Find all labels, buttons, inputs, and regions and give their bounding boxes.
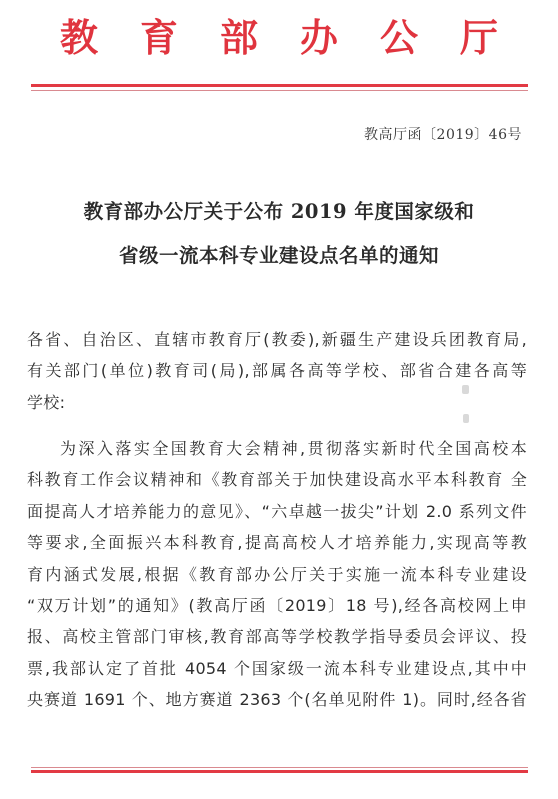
paragraph-line: 央赛道 1691 个、地方赛道 2363 个(名单见附件 1)。同时,经各省 <box>27 684 527 715</box>
paragraph-line: 等要求,全面振兴本科教育,提高高校人才培养能力,实现高等教 <box>27 527 527 558</box>
scan-speck <box>463 414 469 423</box>
paragraph-line: “双万计划”的通知》(教高厅函〔2019〕18 号),经各高校网上申 <box>27 590 527 621</box>
masthead-title: 教 育 部 办 公 厅 <box>39 14 519 62</box>
paragraph-line: 票,我部认定了首批 4054 个国家级一流本科专业建设点,其中中 <box>27 653 527 684</box>
scan-speck <box>462 385 469 394</box>
addressee-block: 各省、自治区、直辖市教育厅(教委),新疆生产建设兵团教育局, 有关部门(单位)教… <box>27 324 527 418</box>
footer-red-rule-thin <box>31 767 528 768</box>
paragraph-line: 面提高人才培养能力的意见》、“六卓越一拔尖”计划 2.0 系列文件 <box>27 496 527 527</box>
document-number: 教高厅函〔2019〕46号 <box>364 124 522 144</box>
addressee-line: 学校: <box>27 387 527 418</box>
document-title-line-2: 省级一流本科专业建设点名单的通知 <box>0 240 558 268</box>
header-red-rule-thin <box>31 90 528 91</box>
header-red-rule-thick <box>31 84 528 87</box>
masthead-char: 部 <box>199 14 279 62</box>
masthead: 教 育 部 办 公 厅 <box>0 14 558 62</box>
addressee-line: 有关部门(单位)教育司(局),部属各高等学校、部省合建各高等 <box>27 355 527 386</box>
paragraph-line: 为深入落实全国教育大会精神,贯彻落实新时代全国高校本 <box>27 433 527 464</box>
addressee-line: 各省、自治区、直辖市教育厅(教委),新疆生产建设兵团教育局, <box>27 324 527 355</box>
masthead-char: 育 <box>119 14 199 62</box>
masthead-char: 办 <box>279 14 359 62</box>
masthead-char: 教 <box>39 14 119 62</box>
masthead-char: 公 <box>359 14 439 62</box>
paragraph-line: 育内涵式发展,根据《教育部办公厅关于实施一流本科专业建设 <box>27 559 527 590</box>
masthead-char: 厅 <box>439 14 519 62</box>
document-title-line-1: 教育部办公厅关于公布 2019 年度国家级和 <box>0 196 558 224</box>
paragraph-line: 报、高校主管部门审核,教育部高等学校教学指导委员会评议、投 <box>27 621 527 652</box>
paragraph-line: 科教育工作会议精神和《教育部关于加快建设高水平本科教育 全 <box>27 464 527 495</box>
paragraph-1: 为深入落实全国教育大会精神,贯彻落实新时代全国高校本 科教育工作会议精神和《教育… <box>27 433 527 716</box>
footer-red-rule-thick <box>31 770 528 773</box>
